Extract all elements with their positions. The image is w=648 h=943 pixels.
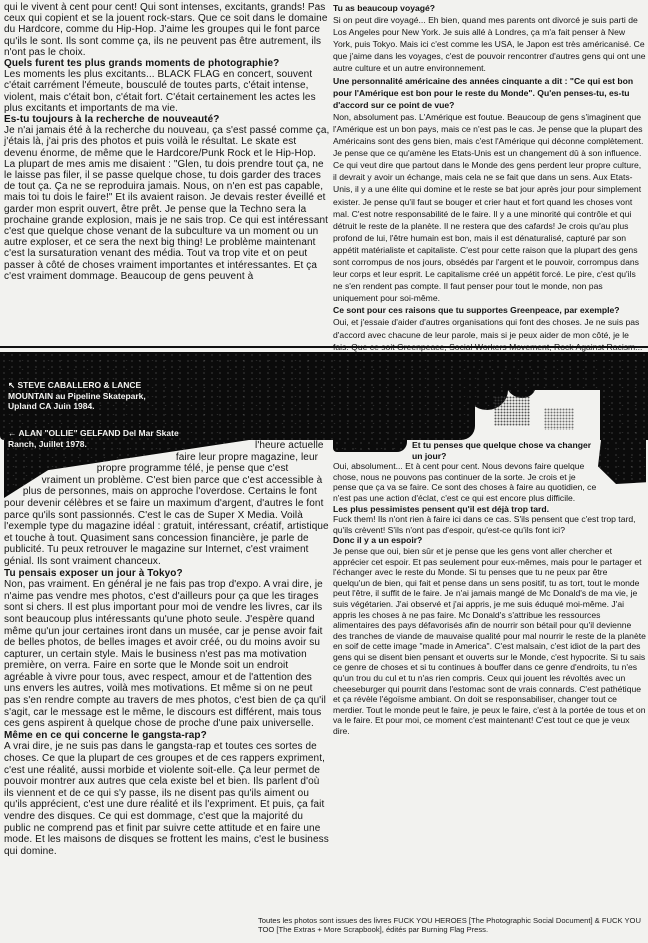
photo-caption-gelfand: ← ALAN "OLLIE" GELFAND Del Mar Skate Ran… xyxy=(8,428,204,449)
interview-question: Tu pensais exposer un jour à Tokyo? xyxy=(4,568,330,580)
photo-credit-footer: Toutes les photos sont issues des livres… xyxy=(258,916,646,934)
interview-answer: Si on peut dire voyagé... Eh bien, quand… xyxy=(333,14,646,74)
interview-column-bottom-right: Et tu penses que quelque chose va change… xyxy=(333,440,646,737)
magazine-page: qui le vivent à cent pour cent! Qui sont… xyxy=(0,0,648,943)
interview-column-top-right: Tu as beaucoup voyagé?Si on peut dire vo… xyxy=(333,2,646,377)
photo-spread: ↖ STEVE CABALLERO & LANCE MOUNTAIN au Pi… xyxy=(0,352,648,440)
photo-top-rule xyxy=(0,346,648,348)
photo-grain-patch xyxy=(544,408,574,430)
interview-answer: Je pense que oui, bien sûr et je pense q… xyxy=(333,546,646,737)
interview-question: Tu as beaucoup voyagé? xyxy=(333,2,646,14)
photo-grain-patch xyxy=(494,396,530,426)
interview-question: Même en ce qui concerne le gangsta-rap? xyxy=(4,730,330,742)
interview-question: Une personnalité américaine des années c… xyxy=(333,75,646,111)
interview-answer: Je n'ai jamais été à la recherche du nou… xyxy=(4,125,330,282)
interview-answer: Non, pas vraiment. En général je ne fais… xyxy=(4,579,330,730)
interview-answer: Non, absolument pas. L'Amérique est fout… xyxy=(333,111,646,305)
photo-caption-caballero-mountain: ↖ STEVE CABALLERO & LANCE MOUNTAIN au Pi… xyxy=(8,380,160,412)
interview-answer: qui le vivent à cent pour cent! Qui sont… xyxy=(4,2,330,58)
interview-answer: A vrai dire, je ne suis pas dans le gang… xyxy=(4,741,330,857)
interview-question: Ce sont pour ces raisons que tu supporte… xyxy=(333,304,646,316)
interview-answer: Les moments les plus excitants... BLACK … xyxy=(4,69,330,114)
interview-column-bottom-left: l'heure actuelle faire leur propre magaz… xyxy=(4,440,330,857)
interview-question: Quels furent tes plus grands moments de … xyxy=(4,58,330,69)
interview-question: Donc il y a un espoir? xyxy=(333,535,646,546)
interview-answer: Fuck them! Ils n'ont rien à faire ici da… xyxy=(333,514,646,535)
interview-column-top-left: qui le vivent à cent pour cent! Qui sont… xyxy=(4,2,330,282)
interview-question: Les plus pessimistes pensent qu'il est d… xyxy=(333,504,646,515)
photo-edge-blob xyxy=(506,370,536,398)
interview-question: Es-tu toujours à la recherche de nouveau… xyxy=(4,114,330,125)
interview-answer: Oui, absolument... Et à cent pour cent. … xyxy=(333,461,646,503)
photo-bottom-bump xyxy=(333,440,407,452)
photo-block-right xyxy=(600,352,648,440)
